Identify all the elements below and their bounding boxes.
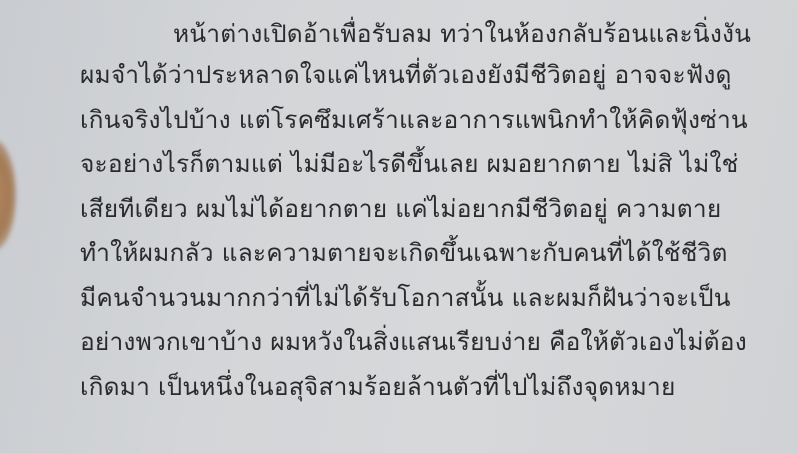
text-line-7: มีคนจำนวนมากกว่าที่ไม่ได้รับโอกาสนั้น แล… <box>80 278 731 317</box>
text-line-5: เสียทีเดียว ผมไม่ได้อยากตาย แค่ไม่อยากมี… <box>80 189 721 228</box>
text-line-8: อย่างพวกเขาบ้าง ผมหวังในสิ่งแสนเรียบง่าย… <box>80 322 747 361</box>
text-line-3: เกินจริงไปบ้าง แต่โรคซึมเศร้าและอาการแพน… <box>80 100 748 139</box>
text-line-2: ผมจำได้ว่าประหลาดใจแค่ไหนที่ตัวเองยังมีช… <box>80 55 732 94</box>
text-line-1: หน้าต่างเปิดอ้าเพื่อรับลม ทว่าในห้องกลับ… <box>173 14 751 53</box>
finger-edge <box>0 140 16 250</box>
text-line-4: จะอย่างไรก็ตามแต่ ไม่มีอะไรดีขึ้นเลย ผมอ… <box>80 144 739 183</box>
text-line-6: ทำให้ผมกลัว และความตายจะเกิดขึ้นเฉพาะกับ… <box>80 233 728 272</box>
text-line-9: เกิดมา เป็นหนึ่งในอสุจิสามร้อยล้านตัวที่… <box>80 367 676 406</box>
book-page: หน้าต่างเปิดอ้าเพื่อรับลม ทว่าในห้องกลับ… <box>0 0 798 453</box>
